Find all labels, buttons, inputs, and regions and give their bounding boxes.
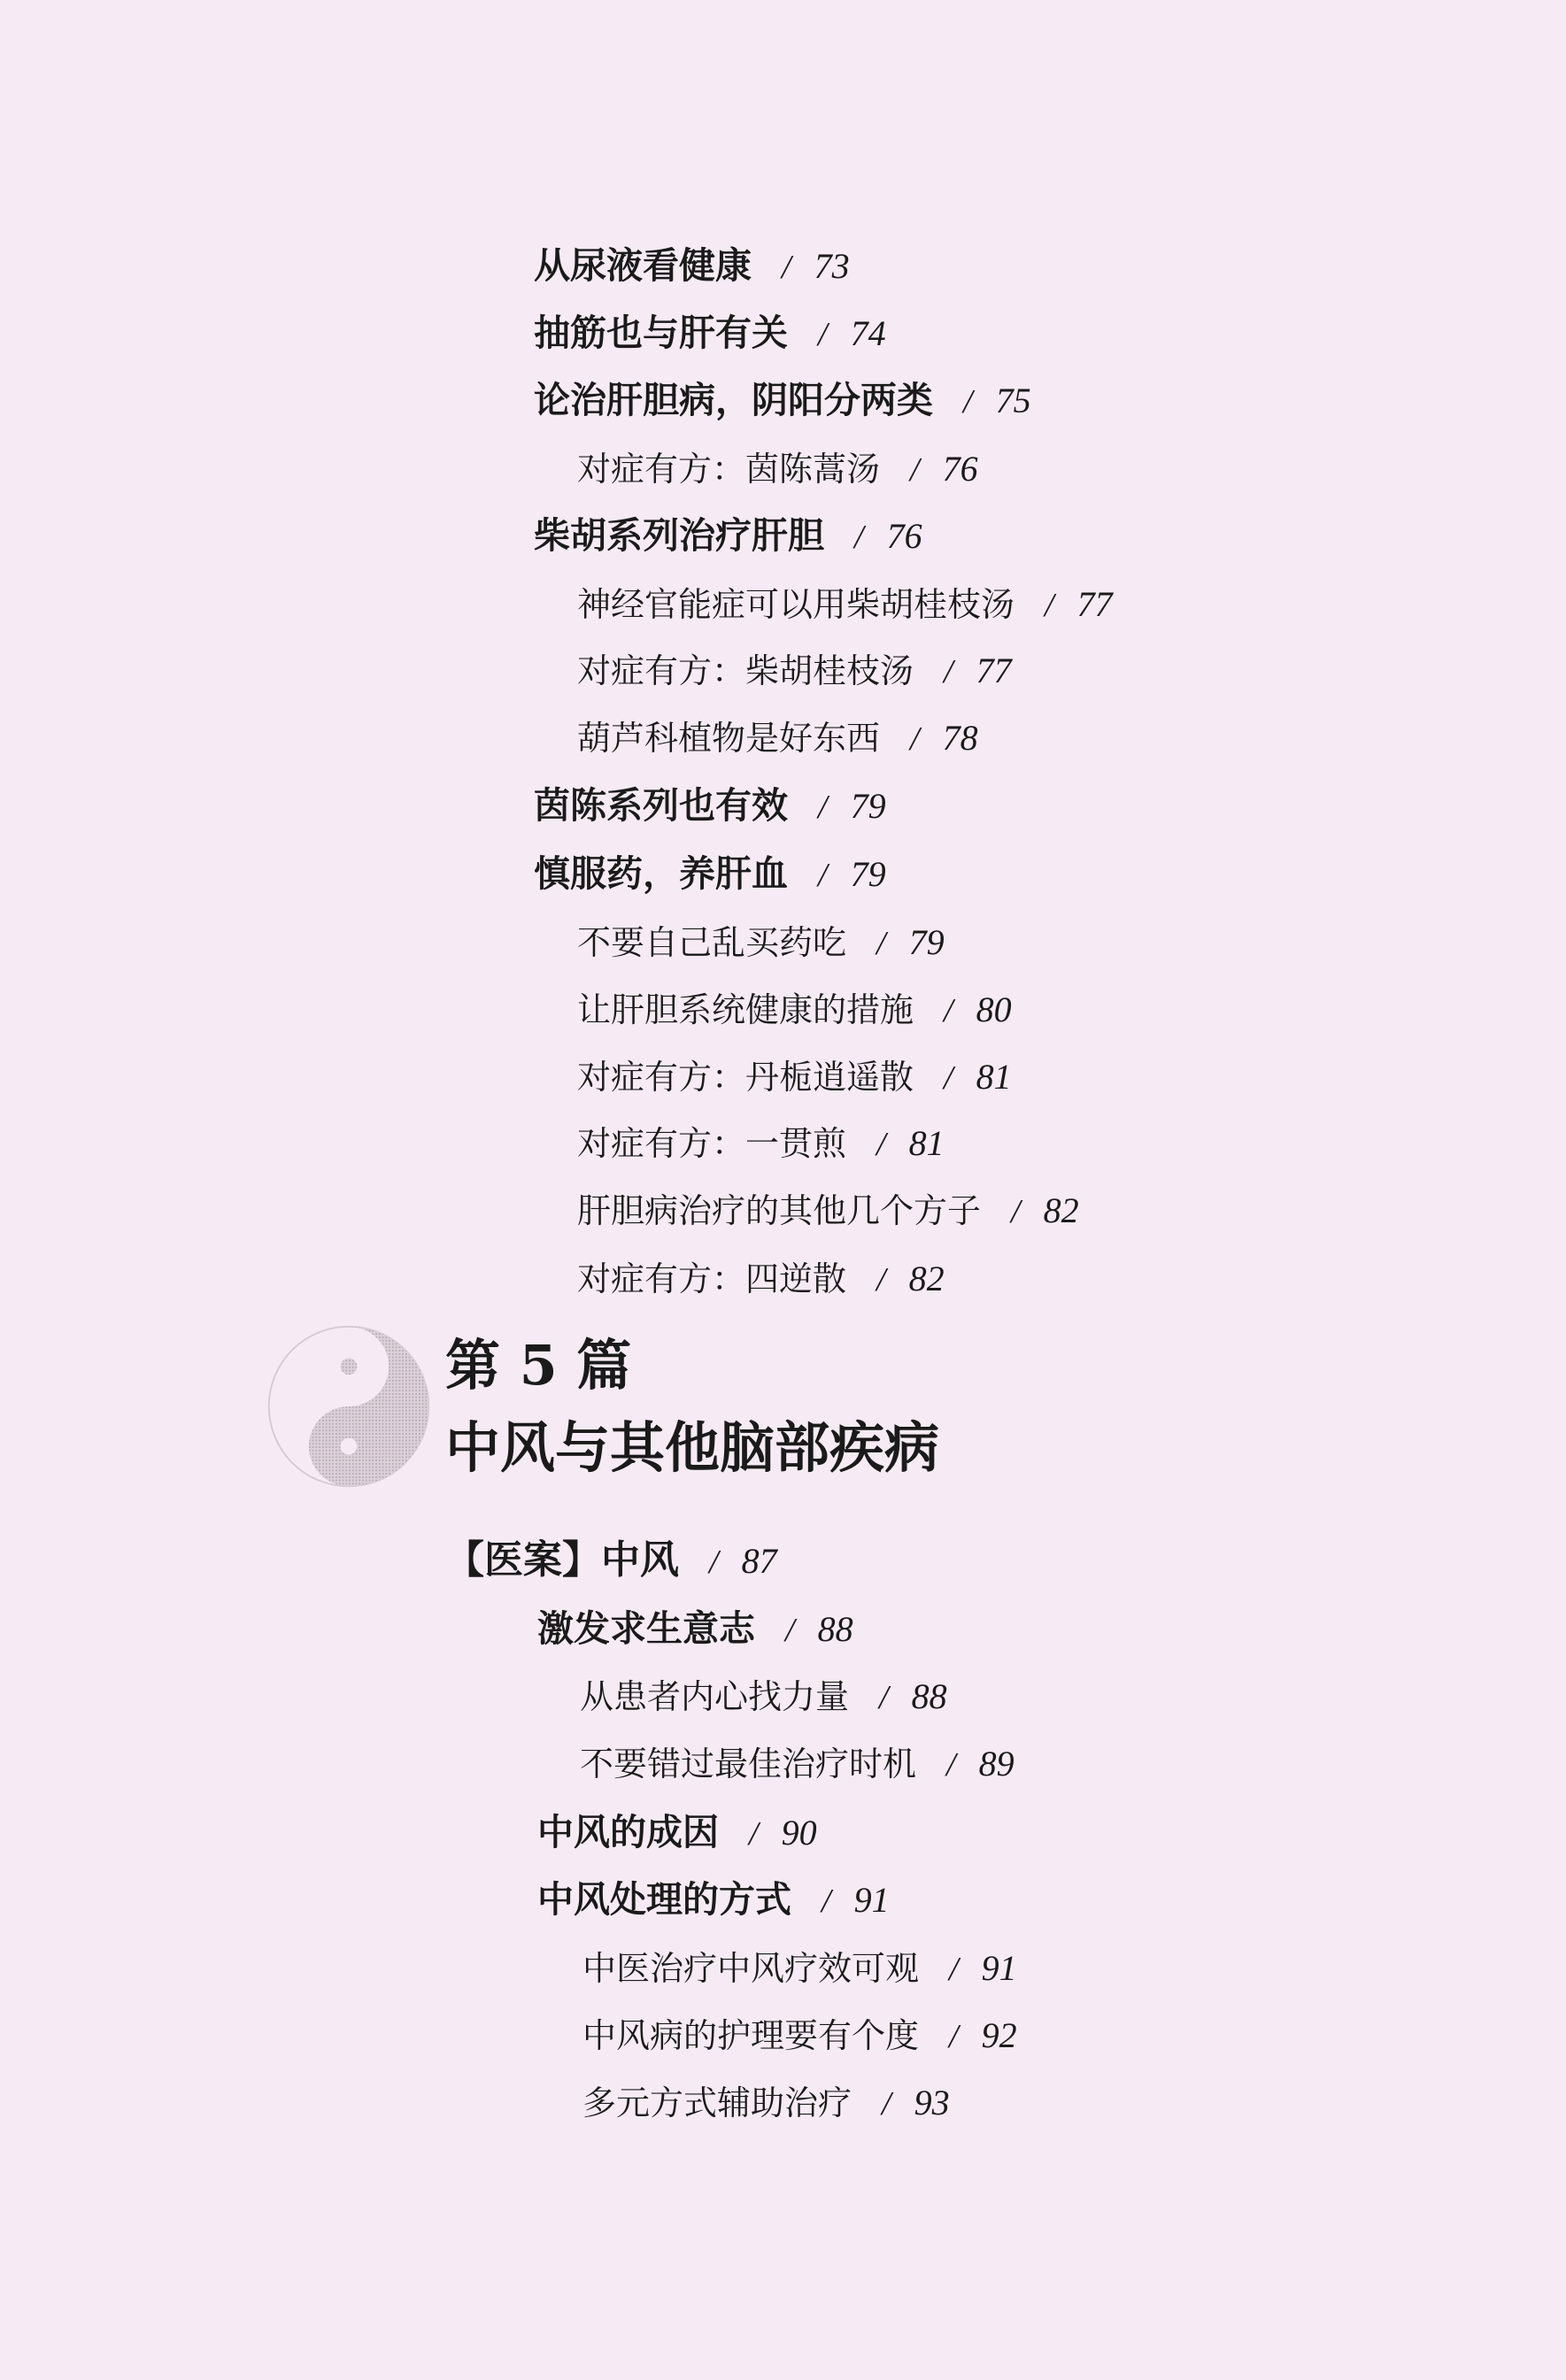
separator: /: [879, 1679, 889, 1716]
page-number: 82: [909, 1259, 945, 1298]
toc-entry[interactable]: 论治肝胆病，阴阳分两类/75: [534, 382, 1031, 419]
page-number: 91: [982, 1948, 1017, 1988]
toc-entry-title: 中风的成因: [537, 1811, 719, 1853]
page-number: 88: [818, 1609, 853, 1649]
separator: /: [785, 1612, 795, 1649]
toc-entry[interactable]: 对症有方：柴胡桂枝汤/77: [577, 653, 1012, 689]
toc-entry-title: 对症有方：一贯煎: [577, 1124, 846, 1163]
page-number: 81: [909, 1123, 945, 1163]
toc-entry[interactable]: 不要自己乱买药吃/79: [577, 925, 945, 960]
toc-entry[interactable]: 茵陈系列也有效/79: [534, 788, 886, 824]
page-number: 77: [1077, 584, 1113, 624]
toc-entry[interactable]: 不要错过最佳治疗时机/89: [580, 1746, 1014, 1782]
toc-entry[interactable]: 中医治疗中风疗效可观/91: [582, 1951, 1017, 1986]
page-number: 92: [982, 2015, 1017, 2055]
page-number: 91: [854, 1880, 890, 1920]
toc-entry[interactable]: 对症有方：茵陈蒿汤/76: [577, 451, 978, 487]
toc-entry[interactable]: 中风的成因/90: [537, 1814, 817, 1851]
toc-entry-title: 【医案】中风: [445, 1537, 679, 1583]
toc-entry[interactable]: 对症有方：四逆散/82: [577, 1261, 945, 1297]
separator: /: [949, 2018, 959, 2055]
separator: /: [822, 1883, 831, 1920]
toc-entry[interactable]: 对症有方：一贯煎/81: [577, 1126, 945, 1161]
toc-entry[interactable]: 【医案】中风/87: [445, 1541, 777, 1580]
separator: /: [818, 789, 828, 826]
toc-entry[interactable]: 柴胡系列治疗肝胆/76: [534, 518, 922, 554]
separator: /: [1045, 587, 1054, 624]
page-number: 90: [782, 1813, 817, 1852]
toc-entry[interactable]: 对症有方：丹栀逍遥散/81: [577, 1059, 1012, 1095]
toc-entry[interactable]: 中风病的护理要有个度/92: [582, 2018, 1017, 2053]
toc-entry-title: 抽筋也与肝有关: [534, 312, 788, 354]
page-number: 79: [851, 854, 886, 894]
toc-entry-title: 对症有方：柴胡桂枝汤: [577, 651, 914, 690]
toc-entry-title: 茵陈系列也有效: [534, 784, 788, 827]
page-number: 89: [979, 1744, 1014, 1783]
separator: /: [963, 383, 973, 420]
part-title: 中风与其他脑部疾病: [445, 1421, 939, 1475]
page-number: 81: [976, 1057, 1012, 1097]
toc-entry-title: 让肝胆系统健康的措施: [577, 990, 914, 1029]
toc-entry-title: 慎服药，养肝血: [534, 852, 788, 895]
page-number: 78: [943, 718, 978, 758]
toc-entry[interactable]: 抽筋也与肝有关/74: [534, 315, 886, 351]
toc-entry[interactable]: 神经官能症可以用柴胡桂枝汤/77: [577, 587, 1113, 622]
toc-entry-title: 肝胆病治疗的其他几个方子: [577, 1191, 981, 1230]
toc-entry[interactable]: 中风处理的方式/91: [537, 1882, 890, 1918]
toc-entry[interactable]: 激发求生意志/88: [537, 1611, 853, 1647]
separator: /: [818, 857, 828, 894]
toc-entry-title: 葫芦科植物是好东西: [577, 719, 880, 758]
page-number: 75: [996, 381, 1031, 420]
separator: /: [818, 316, 828, 353]
separator: /: [1011, 1193, 1021, 1230]
toc-entry-title: 中医治疗中风疗效可观: [582, 1949, 919, 1988]
toc-entry-title: 从患者内心找力量: [580, 1677, 849, 1716]
toc-entry[interactable]: 从尿液看健康/73: [534, 248, 850, 284]
separator: /: [882, 2085, 891, 2122]
separator: /: [944, 992, 953, 1029]
toc-entry-title: 多元方式辅助治疗: [582, 2083, 852, 2122]
toc-entry-title: 中风病的护理要有个度: [582, 2016, 919, 2055]
page-number: 74: [851, 313, 886, 353]
toc-entry-title: 不要错过最佳治疗时机: [580, 1745, 916, 1783]
toc-entry-title: 神经官能症可以用柴胡桂枝汤: [577, 585, 1014, 624]
separator: /: [946, 1746, 956, 1783]
separator: /: [944, 1059, 953, 1097]
separator: /: [876, 925, 886, 962]
separator: /: [709, 1544, 719, 1581]
page-number: 76: [943, 449, 978, 489]
toc-entry[interactable]: 葫芦科植物是好东西/78: [577, 720, 978, 756]
toc-entry[interactable]: 让肝胆系统健康的措施/80: [577, 992, 1012, 1028]
toc-entry-title: 中风处理的方式: [537, 1878, 791, 1921]
toc-entry[interactable]: 慎服药，养肝血/79: [534, 856, 886, 892]
toc-entry-title: 柴胡系列治疗肝胆: [534, 514, 824, 557]
page-number: 79: [851, 786, 886, 826]
page-number: 82: [1044, 1190, 1079, 1230]
page-number: 88: [912, 1676, 947, 1716]
separator: /: [944, 653, 953, 690]
page-number: 76: [887, 516, 922, 556]
page-number: 73: [814, 246, 850, 286]
part-number: 第 5 篇: [445, 1338, 631, 1393]
toc-entry-title: 论治肝胆病，阴阳分两类: [534, 379, 933, 421]
page-number: 87: [742, 1541, 777, 1581]
yin-yang-icon: [266, 1323, 432, 1490]
separator: /: [910, 720, 920, 758]
toc-entry-title: 从尿液看健康: [534, 244, 752, 287]
page-number: 77: [976, 651, 1012, 690]
page-number: 80: [976, 990, 1012, 1029]
toc-entry-title: 激发求生意志: [537, 1607, 755, 1650]
toc-entry-title: 对症有方：茵陈蒿汤: [577, 450, 880, 489]
page-number: 93: [914, 2083, 950, 2122]
separator: /: [876, 1261, 886, 1298]
separator: /: [749, 1815, 759, 1852]
separator: /: [949, 1951, 959, 1988]
separator: /: [782, 249, 791, 286]
toc-entry[interactable]: 肝胆病治疗的其他几个方子/82: [577, 1193, 1079, 1229]
separator: /: [910, 451, 920, 489]
separator: /: [876, 1126, 886, 1163]
toc-entry[interactable]: 多元方式辅助治疗/93: [582, 2085, 950, 2121]
toc-entry[interactable]: 从患者内心找力量/88: [580, 1679, 947, 1714]
toc-entry-title: 不要自己乱买药吃: [577, 923, 846, 962]
separator: /: [854, 519, 864, 556]
toc-entry-title: 对症有方：丹栀逍遥散: [577, 1058, 914, 1097]
toc-entry-title: 对症有方：四逆散: [577, 1259, 846, 1298]
page-number: 79: [909, 922, 945, 962]
